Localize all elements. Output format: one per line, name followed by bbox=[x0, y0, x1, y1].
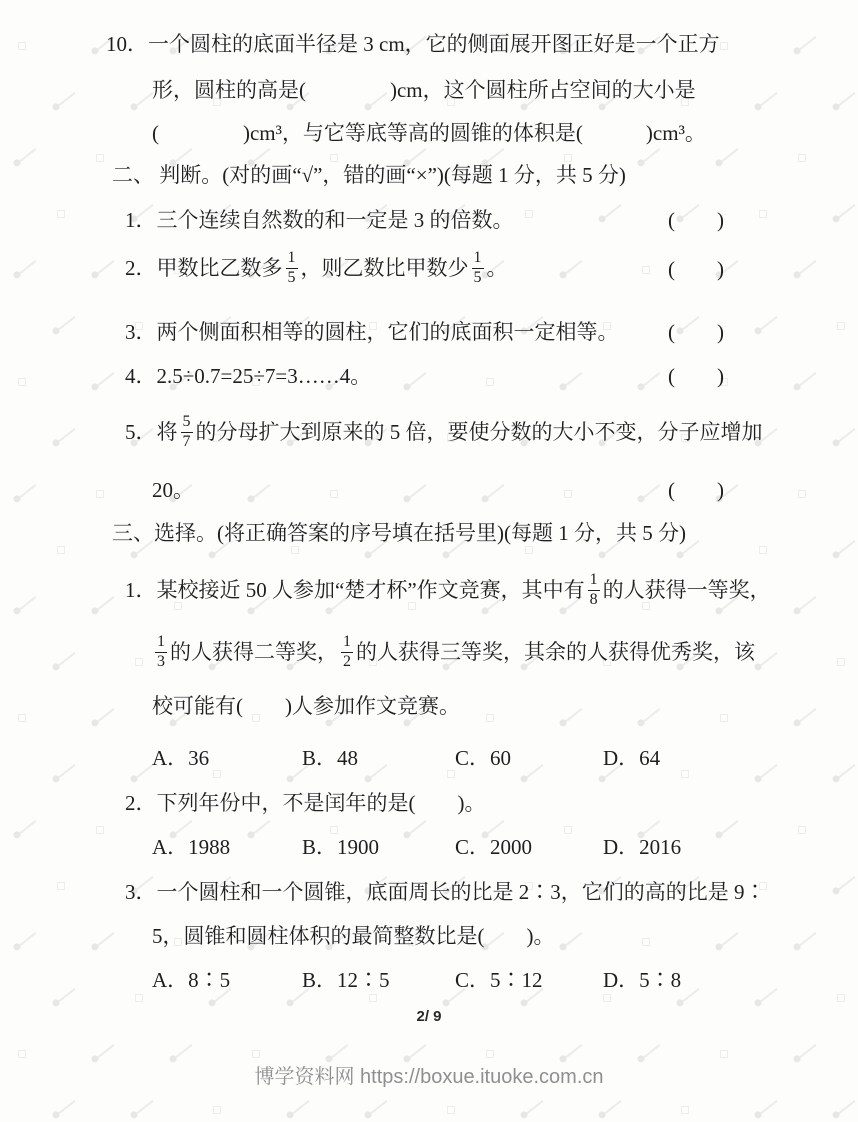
watermark-mark bbox=[839, 1100, 856, 1114]
judge-item-5-line-2: 20。 bbox=[152, 476, 194, 504]
answer-paren-judge-1: ( ) bbox=[668, 206, 724, 234]
section-3-title: 三、选择。(将正确答案的序号填在括号里)(每题 1 分，共 5 分) bbox=[112, 519, 686, 547]
watermark-square bbox=[96, 490, 104, 498]
watermark-mark bbox=[20, 932, 37, 946]
choice-item-2: 2．下列年份中，不是闰年的是( )。 bbox=[125, 789, 486, 817]
fraction-one-third: 1 3 bbox=[155, 633, 167, 671]
choice-item-1-text-1: 1．某校接近 50 人参加“楚才杯”作文竞赛，其中有 bbox=[125, 576, 585, 604]
watermark-mark bbox=[98, 596, 115, 610]
fraction-numerator: 1 bbox=[155, 633, 167, 651]
choice-item-1-line-2: 1 3 的人获得二等奖， 1 2 的人获得三等奖，其余的人获得优秀奖，该 bbox=[152, 624, 755, 680]
watermark-mark bbox=[332, 1044, 349, 1058]
watermark-mark bbox=[644, 708, 661, 722]
fraction-denominator: 5 bbox=[286, 268, 298, 287]
watermark-square bbox=[525, 546, 533, 554]
watermark-mark bbox=[98, 1044, 115, 1058]
choice-2-option-a: A．1988 bbox=[152, 833, 230, 861]
answer-paren-judge-2: ( ) bbox=[668, 255, 724, 283]
watermark-mark bbox=[644, 148, 661, 162]
question-10-line-2: 形，圆柱的高是( )cm，这个圆柱所占空间的大小是 bbox=[152, 76, 696, 104]
judge-item-2-text-2: ，则乙数比甲数少 bbox=[301, 254, 469, 282]
exam-page: 10．一个圆柱的底面半径是 3 cm，它的侧面展开图正好是一个正方 形，圆柱的高… bbox=[0, 0, 858, 1122]
judge-item-5-line-1: 5．将 5 7 的分母扩大到原来的 5 倍，要使分数的大小不变，分子应增加 bbox=[125, 404, 763, 460]
watermark-mark bbox=[527, 764, 544, 778]
watermark-mark bbox=[410, 148, 427, 162]
watermark-square bbox=[681, 1106, 689, 1114]
watermark-mark bbox=[488, 148, 505, 162]
watermark-mark bbox=[59, 1100, 76, 1114]
watermark-mark bbox=[20, 260, 37, 274]
answer-paren-judge-3: ( ) bbox=[668, 318, 724, 346]
judge-item-2-text-3: 。 bbox=[487, 254, 508, 282]
watermark-square bbox=[759, 210, 767, 218]
watermark-mark bbox=[761, 92, 778, 106]
choice-2-option-c: C．2000 bbox=[455, 833, 532, 861]
watermark-mark bbox=[800, 260, 817, 274]
watermark-mark bbox=[839, 876, 856, 890]
watermark-square bbox=[837, 322, 845, 330]
watermark-square bbox=[18, 42, 26, 50]
watermark-mark bbox=[644, 820, 661, 834]
fraction-one-half: 1 2 bbox=[341, 633, 353, 671]
choice-1-option-b: B．48 bbox=[302, 744, 358, 772]
watermark-square bbox=[96, 826, 104, 834]
watermark-mark bbox=[761, 764, 778, 778]
choice-item-1-line-3: 校可能有( )人参加作文竞赛。 bbox=[152, 692, 460, 720]
watermark-mark bbox=[59, 316, 76, 330]
watermark-mark bbox=[254, 820, 271, 834]
judge-item-2-text-1: 2．甲数比乙数多 bbox=[125, 254, 283, 282]
watermark-mark bbox=[566, 1044, 583, 1058]
watermark-square bbox=[369, 994, 377, 1002]
watermark-mark bbox=[722, 932, 739, 946]
watermark-mark bbox=[254, 484, 271, 498]
choice-item-1-text-4: 的人获得三等奖，其余的人获得优秀奖，该 bbox=[356, 638, 755, 666]
fraction-five-sevenths: 5 7 bbox=[181, 413, 193, 451]
watermark-mark bbox=[839, 204, 856, 218]
watermark-mark bbox=[137, 764, 154, 778]
watermark-mark bbox=[800, 708, 817, 722]
judge-item-4: 4．2.5÷0.7=25÷7=3……4。 bbox=[125, 362, 371, 390]
fraction-numerator: 1 bbox=[472, 249, 484, 267]
fraction-one-fifth: 1 5 bbox=[286, 249, 298, 287]
watermark-square bbox=[564, 826, 572, 834]
watermark-mark bbox=[59, 92, 76, 106]
watermark-mark bbox=[800, 36, 817, 50]
watermark-square bbox=[681, 770, 689, 778]
watermark-mark bbox=[137, 1100, 154, 1114]
watermark-square bbox=[486, 714, 494, 722]
watermark-square bbox=[720, 42, 728, 50]
watermark-mark bbox=[20, 484, 37, 498]
choice-2-option-d: D．2016 bbox=[603, 833, 681, 861]
choice-3-option-b: B．12∶5 bbox=[302, 966, 390, 994]
judge-item-5-text-2: 的分母扩大到原来的 5 倍，要使分数的大小不变，分子应增加 bbox=[196, 418, 763, 446]
watermark-square bbox=[57, 546, 65, 554]
watermark-mark bbox=[410, 820, 427, 834]
watermark-square bbox=[642, 938, 650, 946]
choice-1-option-c: C．60 bbox=[455, 744, 511, 772]
watermark-mark bbox=[644, 1044, 661, 1058]
watermark-square bbox=[57, 210, 65, 218]
watermark-mark bbox=[137, 92, 154, 106]
watermark-mark bbox=[644, 484, 661, 498]
choice-1-option-a: A．36 bbox=[152, 744, 209, 772]
watermark-square bbox=[603, 994, 611, 1002]
watermark-square bbox=[135, 994, 143, 1002]
judge-item-5-text-1: 5．将 bbox=[125, 418, 178, 446]
fraction-denominator: 7 bbox=[181, 432, 193, 451]
watermark-mark bbox=[98, 708, 115, 722]
judge-item-2: 2．甲数比乙数多 1 5 ，则乙数比甲数少 1 5 。 bbox=[125, 240, 508, 296]
watermark-mark bbox=[566, 260, 583, 274]
choice-item-3-line-1: 3．一个圆柱和一个圆锥，底面周长的比是 2∶3，它们的高的比是 9∶ bbox=[125, 878, 766, 906]
watermark-square bbox=[486, 378, 494, 386]
watermark-mark bbox=[59, 764, 76, 778]
fraction-denominator: 3 bbox=[155, 652, 167, 671]
judge-item-3: 3．两个侧面积相等的圆柱，它们的底面积一定相等。 bbox=[125, 318, 619, 346]
fraction-numerator: 1 bbox=[588, 571, 600, 589]
watermark-square bbox=[642, 266, 650, 274]
watermark-mark bbox=[644, 372, 661, 386]
watermark-mark bbox=[293, 1100, 310, 1114]
watermark-mark bbox=[20, 596, 37, 610]
choice-item-1-text-2: 的人获得一等奖， bbox=[603, 576, 771, 604]
choice-1-option-d: D．64 bbox=[603, 744, 660, 772]
watermark-square bbox=[18, 378, 26, 386]
watermark-mark bbox=[722, 484, 739, 498]
watermark-mark bbox=[176, 820, 193, 834]
watermark-mark bbox=[176, 148, 193, 162]
watermark-mark bbox=[254, 148, 271, 162]
watermark-square bbox=[135, 658, 143, 666]
judge-item-1: 1．三个连续自然数的和一定是 3 的倍数。 bbox=[125, 206, 514, 234]
watermark-mark bbox=[59, 428, 76, 442]
watermark-mark bbox=[98, 260, 115, 274]
watermark-square bbox=[213, 770, 221, 778]
watermark-mark bbox=[98, 372, 115, 386]
choice-2-option-b: B．1900 bbox=[302, 833, 379, 861]
watermark-mark bbox=[410, 484, 427, 498]
watermark-square bbox=[798, 490, 806, 498]
watermark-mark bbox=[800, 932, 817, 946]
watermark-mark bbox=[488, 820, 505, 834]
answer-paren-judge-5: ( ) bbox=[668, 476, 724, 504]
fraction-numerator: 1 bbox=[286, 249, 298, 267]
question-10-line-3: ( )cm³，与它等底等高的圆锥的体积是( )cm³。 bbox=[152, 119, 706, 147]
watermark-square bbox=[18, 1050, 26, 1058]
watermark-mark bbox=[566, 708, 583, 722]
choice-item-1-line-1: 1．某校接近 50 人参加“楚才杯”作文竞赛，其中有 1 8 的人获得一等奖， bbox=[125, 562, 771, 618]
watermark-mark bbox=[839, 764, 856, 778]
fraction-one-eighth: 1 8 bbox=[588, 571, 600, 609]
fraction-numerator: 1 bbox=[341, 633, 353, 651]
watermark-mark bbox=[527, 1100, 544, 1114]
watermark-square bbox=[798, 154, 806, 162]
fraction-denominator: 5 bbox=[472, 268, 484, 287]
watermark-mark bbox=[800, 1044, 817, 1058]
watermark-mark bbox=[371, 764, 388, 778]
watermark-square bbox=[18, 714, 26, 722]
answer-paren-judge-4: ( ) bbox=[668, 362, 724, 390]
watermark-mark bbox=[761, 316, 778, 330]
watermark-mark bbox=[722, 260, 739, 274]
choice-3-option-d: D．5∶8 bbox=[603, 966, 681, 994]
watermark-square bbox=[213, 1106, 221, 1114]
choice-3-option-c: C．5∶12 bbox=[455, 966, 543, 994]
watermark-mark bbox=[722, 148, 739, 162]
watermark-mark bbox=[605, 204, 622, 218]
choice-3-option-a: A．8∶5 bbox=[152, 966, 230, 994]
footer-site-link: 博学资料网 https://boxue.ituoke.com.cn bbox=[0, 1060, 858, 1089]
watermark-mark bbox=[176, 1044, 193, 1058]
watermark-mark bbox=[410, 372, 427, 386]
watermark-square bbox=[486, 1050, 494, 1058]
watermark-mark bbox=[761, 652, 778, 666]
fraction-denominator: 2 bbox=[341, 652, 353, 671]
watermark-square bbox=[57, 882, 65, 890]
choice-item-3-line-2: 5，圆锥和圆柱体积的最简整数比是( )。 bbox=[152, 922, 555, 950]
watermark-mark bbox=[566, 932, 583, 946]
page-number: 2/ 9 bbox=[0, 1008, 858, 1025]
watermark-mark bbox=[566, 372, 583, 386]
watermark-mark bbox=[761, 1100, 778, 1114]
watermark-mark bbox=[839, 92, 856, 106]
watermark-square bbox=[525, 210, 533, 218]
watermark-mark bbox=[59, 988, 76, 1002]
choice-item-1-text-3: 的人获得二等奖， bbox=[170, 638, 338, 666]
watermark-mark bbox=[59, 652, 76, 666]
watermark-mark bbox=[488, 484, 505, 498]
question-10-line-1: 10．一个圆柱的底面半径是 3 cm，它的侧面展开图正好是一个正方 bbox=[106, 30, 720, 58]
watermark-mark bbox=[683, 988, 700, 1002]
watermark-square bbox=[291, 546, 299, 554]
watermark-square bbox=[447, 1106, 455, 1114]
watermark-mark bbox=[722, 820, 739, 834]
section-2-title: 二、 判断。(对的画“√”，错的画“×”)(每题 1 分，共 5 分) bbox=[112, 161, 626, 189]
watermark-mark bbox=[371, 1100, 388, 1114]
watermark-square bbox=[564, 490, 572, 498]
watermark-mark bbox=[20, 148, 37, 162]
watermark-mark bbox=[839, 540, 856, 554]
watermark-square bbox=[720, 714, 728, 722]
watermark-square bbox=[447, 770, 455, 778]
watermark-mark bbox=[761, 428, 778, 442]
watermark-square bbox=[720, 1050, 728, 1058]
watermark-mark bbox=[800, 596, 817, 610]
watermark-mark bbox=[20, 820, 37, 834]
watermark-mark bbox=[98, 932, 115, 946]
fraction-one-fifth: 1 5 bbox=[472, 249, 484, 287]
watermark-mark bbox=[761, 988, 778, 1002]
fraction-denominator: 8 bbox=[588, 590, 600, 609]
watermark-square bbox=[330, 490, 338, 498]
fraction-numerator: 5 bbox=[181, 413, 193, 431]
watermark-mark bbox=[410, 1044, 427, 1058]
watermark-square bbox=[837, 658, 845, 666]
watermark-square bbox=[759, 546, 767, 554]
watermark-square bbox=[798, 826, 806, 834]
watermark-mark bbox=[605, 1100, 622, 1114]
watermark-square bbox=[837, 994, 845, 1002]
watermark-mark bbox=[839, 428, 856, 442]
watermark-square bbox=[96, 154, 104, 162]
watermark-square bbox=[252, 1050, 260, 1058]
watermark-mark bbox=[800, 372, 817, 386]
